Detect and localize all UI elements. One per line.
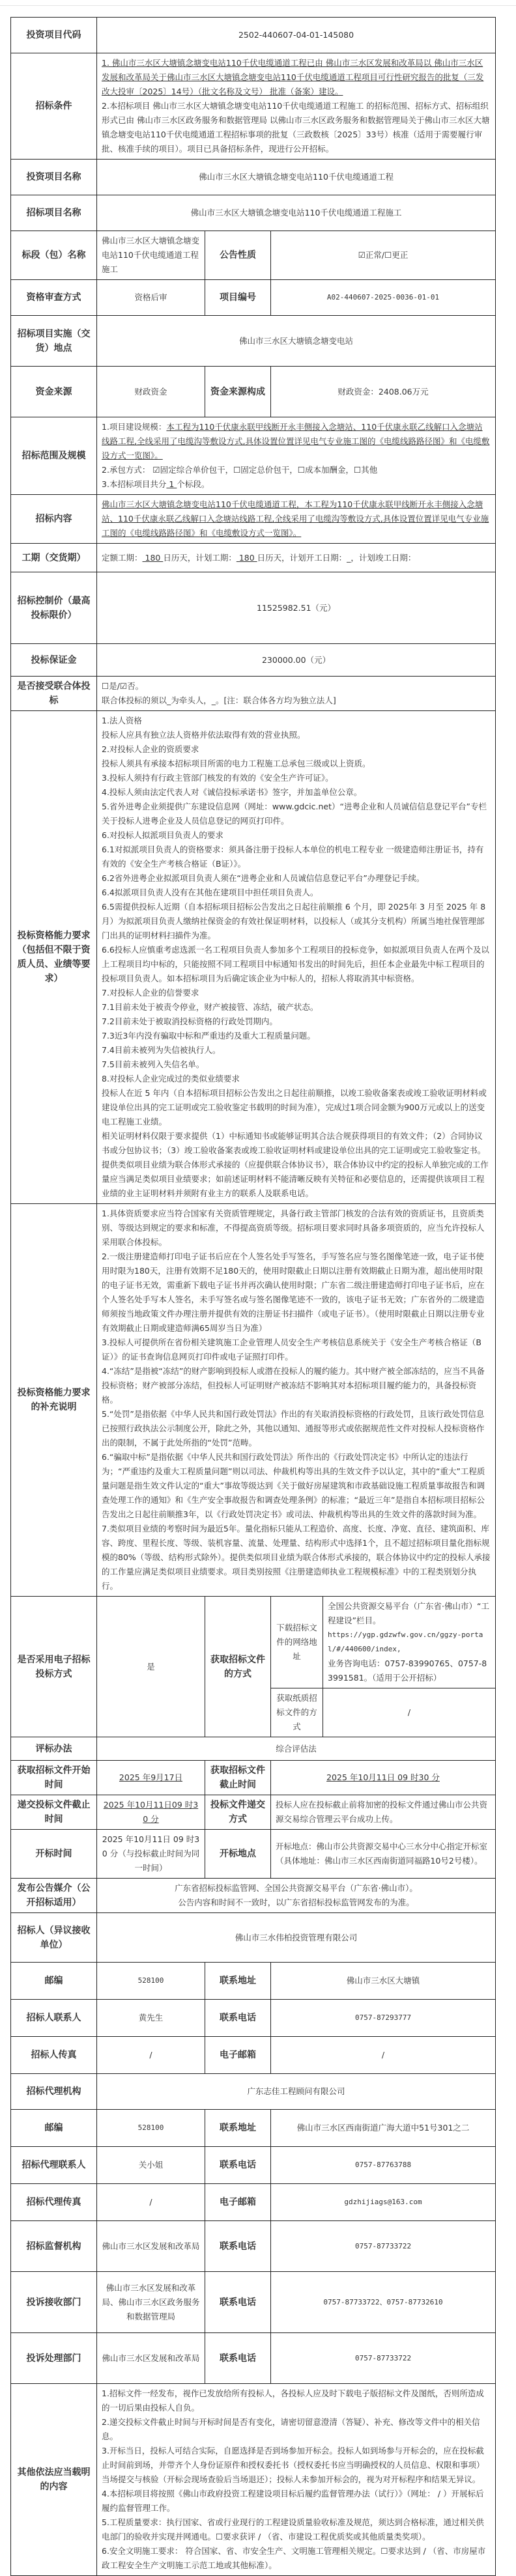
label: 邮编 (11, 2110, 97, 2147)
row-tenderer-fax: 招标人传真 / 电子邮箱 / (11, 2037, 496, 2074)
label: 招标人（异议接收单位） (11, 1913, 97, 1963)
download-link[interactable]: https://ygp.gdzwfw.gov.cn/ggzy-portal/#/… (328, 1628, 491, 1657)
label: 投标资格能力要求的补充说明 (11, 1204, 97, 1597)
row-agency-contact: 招标代理联系人 关小姐 联系电话 0757-87763788 (11, 2147, 496, 2184)
label: 招标人传真 (11, 2037, 97, 2074)
label: 联系电话 (205, 2000, 271, 2037)
row-section: 标段（包）名称 佛山市三水区大塘镇念塘变电站110千伏电缆通道工程施工 公告性质… (11, 231, 496, 280)
deposit-value: 230000.00（元） (97, 644, 496, 677)
label: 获取纸质招标文件的方式 (271, 1688, 323, 1737)
invest-name-value: 佛山市三水区大塘镇念塘变电站110千伏电缆通道工程 (97, 160, 496, 195)
label: 招标条件 (11, 53, 97, 160)
label: 联系电话 (205, 2333, 271, 2384)
row-requirements: 投标资格能力要求（包括但不限于资质人员、业绩等要求） 1.法人资格 投标人应具有… (11, 711, 496, 1204)
row-deposit: 投标保证金 230000.00（元） (11, 644, 496, 677)
paper-value: / (323, 1688, 496, 1737)
label: 资金来源构成 (205, 367, 271, 417)
fax-value: / (97, 2184, 205, 2221)
period-value: 定额工期： 180 日历天，计划工期： 180 日历天，计划开工日期：_，计划竣… (97, 544, 496, 572)
consortium-value: ☐是/☑否。 联合体投标的须以_为牵头人，_。[注：联合体各方均为独立法人] (97, 677, 496, 711)
row-supplement: 投标资格能力要求的补充说明 1.具体资质要求应当符合国家有关资质管理规定，具备行… (11, 1204, 496, 1597)
row-qualification: 资格审查方式 资格后审 项目编号 A02-440607-2025-0036-01… (11, 280, 496, 316)
label: 获取招标文件的方式 (205, 1597, 271, 1737)
label: 其他依法应当载明的内容 (11, 2384, 97, 2576)
label: 联系电话 (205, 2147, 271, 2184)
label: 招标内容 (11, 495, 97, 544)
row-complaint-recv: 投诉接收部门 佛山市三水区发展和改革局、佛山市三水区政务服务和数据管理局 联系电… (11, 2272, 496, 2333)
label: 标段（包）名称 (11, 231, 97, 280)
row-funding: 资金来源 财政资金 资金来源构成 财政资金：2408.06万元 (11, 367, 496, 417)
row-conditions: 招标条件 1. 佛山市三水区大塘镇念塘变电站110千伏电缆通道工程已由 佛山市三… (11, 53, 496, 160)
row-evaluation: 评标办法 综合评估法 (11, 1737, 496, 1761)
email-value[interactable]: gdzhijiags@163.com (271, 2184, 496, 2221)
postcode-value: 528100 (97, 1963, 205, 2000)
doc-end-value: 2025 年10月11日 09 时30 分 (271, 1761, 496, 1795)
row-agency: 招标代理机构 广东志佳工程顾问有限公司 (11, 2074, 496, 2110)
email-value: / (271, 2037, 496, 2074)
label: 工期（交货期） (11, 544, 97, 572)
address-value: 佛山市三水区大塘镇 (271, 1963, 496, 2000)
row-doc-time: 获取招标文件开始时间 2025 年9月17日 获取招标文件截止时间 2025 年… (11, 1761, 496, 1795)
label: 资金来源 (11, 367, 97, 417)
phone-value: 0757-87763788 (271, 2147, 496, 2184)
electronic-value: 是 (97, 1597, 205, 1737)
row-others: 其他依法应当载明的内容 1.招标文件一经发布，视作已发放给所有投标人，各投标人应… (11, 2384, 496, 2576)
row-agency-fax: 招标代理传真 / 电子邮箱 gdzhijiags@163.com (11, 2184, 496, 2221)
label: 联系电话 (205, 2272, 271, 2333)
label: 获取招标文件开始时间 (11, 1761, 97, 1795)
label: 电子邮箱 (205, 2184, 271, 2221)
conditions-text: 1. 佛山市三水区大塘镇念塘变电站110千伏电缆通道工程已由 佛山市三水区发展和… (97, 53, 496, 160)
row-agency-post: 邮编 528100 联系地址 佛山市三水区西南街道广海大道中51号301之二 (11, 2110, 496, 2147)
label: 联系电话 (205, 2221, 271, 2272)
label: 递交投标文件截止时间 (11, 1795, 97, 1830)
postcode-value: 528100 (97, 2110, 205, 2147)
label: 发布公告媒介（公开招标适用） (11, 1879, 97, 1913)
label: 是否采用电子招标投标方式 (11, 1597, 97, 1737)
row-submit: 递交投标文件截止时间 2025 年10月11日09 时30 分 投标文件递交方式… (11, 1795, 496, 1830)
tenderer-value: 佛山市三水伟柏投资管理有限公司 (97, 1913, 496, 1963)
label: 招标代理机构 (11, 2074, 97, 2110)
complaint-handle-value: 佛山市三水区发展和改革局 (97, 2333, 205, 2384)
row-supervisor: 招标监督机构 佛山市三水区发展和改革局 联系电话 0757-87733722 (11, 2221, 496, 2272)
supervisor-value: 佛山市三水区发展和改革局 (97, 2221, 205, 2272)
label: 招标项目实施（交货）地点 (11, 316, 97, 367)
row-location: 招标项目实施（交货）地点 佛山市三水区大塘镇念塘变电站 (11, 316, 496, 367)
row-scope: 招标范围及规模 1.项目建设规模：本工程为110千伏康永联甲线断开永丰侧接入念塘… (11, 417, 496, 495)
phone-value: 0757-87733722、0757-87732610 (271, 2272, 496, 2333)
label: 邮编 (11, 1963, 97, 2000)
label: 招标监督机构 (11, 2221, 97, 2272)
label: 开标时间 (11, 1830, 97, 1879)
contact-value: 黄先生 (97, 2000, 205, 2037)
phone-value: 0757-87293777 (271, 2000, 496, 2037)
label: 招标控制价（最高投标限价） (11, 572, 97, 644)
row-tenderer-post: 邮编 528100 联系地址 佛山市三水区大塘镇 (11, 1963, 496, 2000)
phone-value: 0757-87733722 (271, 2221, 496, 2272)
complaint-recv-value: 佛山市三水区发展和改革局、佛山市三水区政务服务和数据管理局 (97, 2272, 205, 2333)
label: 评标办法 (11, 1737, 97, 1761)
row-control-price: 招标控制价（最高投标限价） 11525982.51（元） (11, 572, 496, 644)
contact-value: 关小姐 (97, 2147, 205, 2184)
row-complaint-handle: 投诉处理部门 佛山市三水区发展和改革局 联系电话 0757-87733722 (11, 2333, 496, 2384)
nature-value: ☑正常/☐更正 (271, 231, 496, 280)
row-tender-name: 招标项目名称 佛山市三水区大塘镇念塘变电站110千伏电缆通道工程施工 (11, 195, 496, 231)
label: 下载招标文件的网络地址 (271, 1597, 323, 1688)
label: 招标人联系人 (11, 2000, 97, 2037)
label: 联系地址 (205, 2110, 271, 2147)
row-project-code: 投资项目代码 2502-440607-04-01-145080 (11, 18, 496, 53)
download-info: 全国公共资源交易平台（广东省·佛山市）“工程建设”栏目。 https://ygp… (323, 1597, 496, 1688)
condition-line: 1. 佛山市三水区大塘镇念塘变电站110千伏电缆通道工程已由 佛山市三水区发展和… (102, 56, 491, 99)
address-value: 佛山市三水区西南街道广海大道中51号301之二 (271, 2110, 496, 2147)
label: 投资项目名称 (11, 160, 97, 195)
funding-structure-value: 财政资金：2408.06万元 (271, 367, 496, 417)
label: 开标地点 (205, 1830, 271, 1879)
tender-name-value: 佛山市三水区大塘镇念塘变电站110千伏电缆通道工程施工 (97, 195, 496, 231)
contract-type: 2.承包方式： ☑固定综合单价包干，☐固定总价包干，☐成本加酬金，☐其他 (102, 463, 491, 477)
page-top-divider (0, 0, 516, 6)
label: 电子邮箱 (205, 2037, 271, 2074)
label: 投标资格能力要求（包括但不限于资质人员、业绩等要求） (11, 711, 97, 1204)
row-electronic: 是否采用电子招标投标方式 是 获取招标文件的方式 下载招标文件的网络地址 全国公… (11, 1597, 496, 1688)
content-value: 佛山市三水区大塘镇念塘变电站110千伏电缆通道工程，本工程为110千伏康永联甲线… (97, 495, 496, 544)
section-count: 1 (166, 479, 177, 489)
row-invest-name: 投资项目名称 佛山市三水区大塘镇念塘变电站110千伏电缆通道工程 (11, 160, 496, 195)
label: 投诉接收部门 (11, 2272, 97, 2333)
phone-value: 0757-87733722 (271, 2333, 496, 2384)
section-value: 佛山市三水区大塘镇念塘变电站110千伏电缆通道工程施工 (97, 231, 205, 280)
scope-text: 1.项目建设规模：本工程为110千伏康永联甲线断开永丰侧接入念塘站、110千伏康… (97, 417, 496, 495)
label: 招标项目名称 (11, 195, 97, 231)
others-text: 1.招标文件一经发布，视作已发放给所有投标人，各投标人应及时下载电子版招标文件及… (97, 2384, 496, 2576)
row-consortium: 是否接受联合体投标 ☐是/☑否。 联合体投标的须以_为牵头人，_。[注：联合体各… (11, 677, 496, 711)
label: 公告性质 (205, 231, 271, 280)
evaluation-value: 综合评估法 (97, 1737, 496, 1761)
row-tenderer-contact: 招标人联系人 黄先生 联系电话 0757-87293777 (11, 2000, 496, 2037)
label: 投标保证金 (11, 644, 97, 677)
submit-deadline-value: 2025 年10月11日09 时30 分 (97, 1795, 205, 1830)
funding-value: 财政资金 (97, 367, 205, 417)
opening-time-value: 2025 年10月11日 09 时30 分（与投标截止时间为同一时间） (97, 1830, 205, 1879)
label: 招标代理联系人 (11, 2147, 97, 2184)
condition-line: 2.本招标项目 佛山市三水区大塘镇念塘变电站110千伏电缆通道工程施工 的招标范… (102, 99, 491, 156)
requirements-text: 1.法人资格 投标人应具有独立法人资格并依法取得有效的营业执照。 2.对投标人企… (97, 711, 496, 1204)
label: 获取招标文件截止时间 (205, 1761, 271, 1795)
supplement-text: 1.具体资质要求应当符合国家有关资质管理规定，具备行政主管部门核发的合法有效的资… (97, 1204, 496, 1597)
label: 招标范围及规模 (11, 417, 97, 495)
row-tenderer: 招标人（异议接收单位） 佛山市三水伟柏投资管理有限公司 (11, 1913, 496, 1963)
label: 招标代理传真 (11, 2184, 97, 2221)
fax-value: / (97, 2037, 205, 2074)
label: 投标文件递交方式 (205, 1795, 271, 1830)
project-number-value: A02-440607-2025-0036-01-01 (271, 280, 496, 316)
row-period: 工期（交货期） 定额工期： 180 日历天，计划工期： 180 日历天，计划开工… (11, 544, 496, 572)
label: 投诉处理部门 (11, 2333, 97, 2384)
doc-start-value: 2025 年9月17日 (97, 1761, 205, 1795)
label: 是否接受联合体投标 (11, 677, 97, 711)
agency-value: 广东志佳工程顾问有限公司 (97, 2074, 496, 2110)
label: 项目编号 (205, 280, 271, 316)
row-content: 招标内容 佛山市三水区大塘镇念塘变电站110千伏电缆通道工程，本工程为110千伏… (11, 495, 496, 544)
row-media: 发布公告媒介（公开招标适用） 广东省招标投标监管网、全国公共资源交易平台（广东省… (11, 1879, 496, 1913)
label: 联系地址 (205, 1963, 271, 2000)
label: 投资项目代码 (11, 18, 97, 53)
location-value: 佛山市三水区大塘镇念塘变电站 (97, 316, 496, 367)
media-value: 广东省招标投标监管网、全国公共资源交易平台（广东省·佛山市）。 公告内容和时间不… (97, 1879, 496, 1913)
submit-method-value: 投标人应在投标截止前将加密的投标文件通过佛山市公共资源交易综合管理云平台成功上传… (271, 1795, 496, 1830)
row-opening: 开标时间 2025 年10月11日 09 时30 分（与投标截止时间为同一时间）… (11, 1830, 496, 1879)
qualification-value: 资格后审 (97, 280, 205, 316)
control-price-value: 11525982.51（元） (97, 572, 496, 644)
tender-announcement-table: 投资项目代码 2502-440607-04-01-145080 招标条件 1. … (10, 17, 496, 2576)
opening-place-value: 开标地点：佛山市公共资源交易中心三水分中心指定开标室（具体地址：佛山市三水区西南… (271, 1830, 496, 1879)
project-code-value: 2502-440607-04-01-145080 (97, 18, 496, 53)
label: 资格审查方式 (11, 280, 97, 316)
